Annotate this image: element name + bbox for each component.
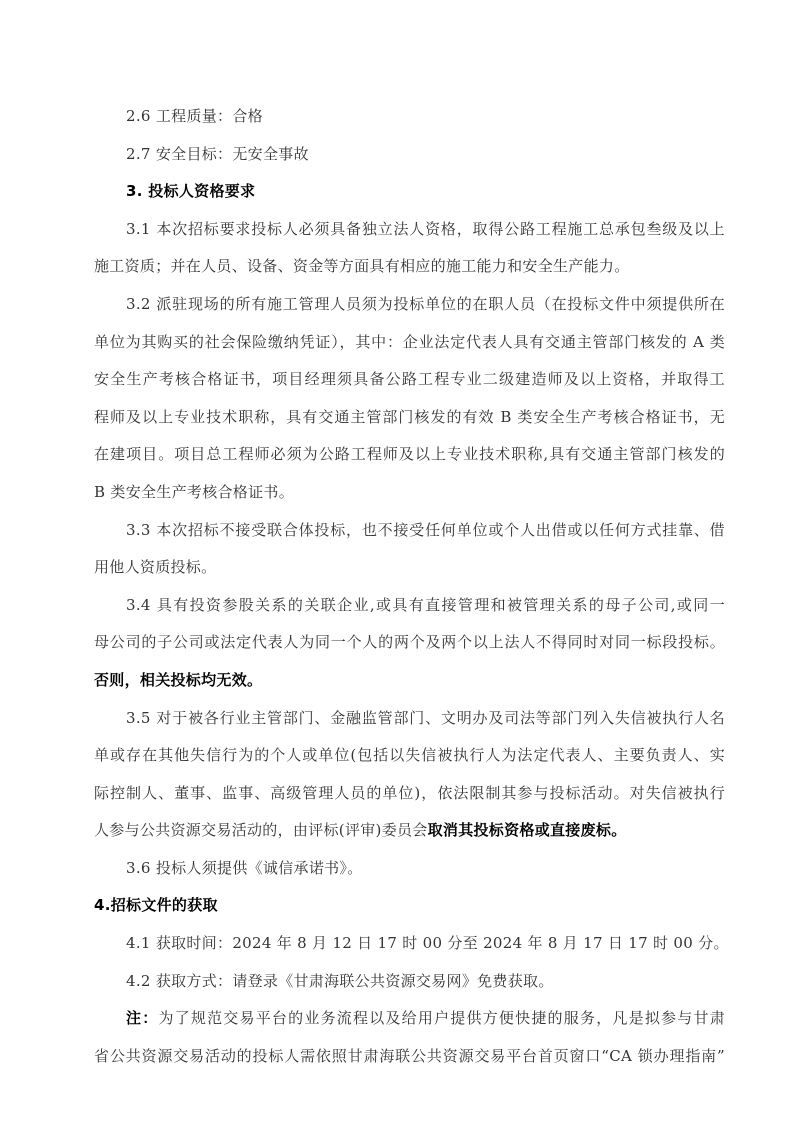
clause-3-5-line-3: 际控制人、董事、监事、高级管理人员的单位)，依法限制其参与投标活动。对失信被执行 xyxy=(94,775,725,813)
clause-3-2-line-5: 在建项目。项目总工程师必须为公路工程师及以上专业技术职称,具有交通主管部门核发的 xyxy=(94,436,725,474)
clause-3-5-line-1: 3.5 对于被各行业主管部门、金融监管部门、文明办及司法等部门列入失信被执行人名 xyxy=(94,700,725,738)
clause-number: 2.7 xyxy=(126,145,151,163)
note-line-1: 注：为了规范交易平台的业务流程以及给用户提供方便快捷的服务，凡是拟参与甘肃 xyxy=(94,1000,725,1038)
section-heading-3: 3. 投标人资格要求 xyxy=(94,173,725,211)
clause-3-2-line-3: 安全生产考核合格证书，项目经理须具备公路工程专业二级建造师及以上资格，并取得工 xyxy=(94,361,725,399)
clause-4-1: 4.1 获取时间：2024 年 8 月 12 日 17 时 00 分至 2024… xyxy=(94,925,725,963)
clause-3-5-line-2: 单或存在其他失信行为的个人或单位(包括以失信被执行人为法定代表人、主要负责人、实 xyxy=(94,737,725,775)
document-page: 2.6 工程质量：合格 2.7 安全目标：无安全事故 3. 投标人资格要求 3.… xyxy=(94,98,725,1075)
clause-3-1-line-1: 3.1 本次招标要求投标人必须具备独立法人资格，取得公路工程施工总承包叁级及以上 xyxy=(94,211,725,249)
clause-3-2-line-2: 单位为其购买的社会保险缴纳凭证），其中：企业法定代表人具有交通主管部门核发的 A… xyxy=(94,324,725,362)
clause-3-3-line-2: 用他人资质投标。 xyxy=(94,549,725,587)
note-text: 为了规范交易平台的业务流程以及给用户提供方便快捷的服务，凡是拟参与甘肃 xyxy=(158,1009,725,1027)
section-heading-4: 4.招标文件的获取 xyxy=(94,887,725,925)
clause-3-6: 3.6 投标人须提供《诚信承诺书》。 xyxy=(94,850,725,888)
clause-3-4-line-2: 母公司的子公司或法定代表人为同一个人的两个及两个以上法人不得同时对同一标段投标。 xyxy=(94,624,725,662)
clause-3-5-bold-text: 取消其投标资格或直接废标。 xyxy=(428,821,627,839)
clause-3-2-line-6: B 类安全生产考核合格证书。 xyxy=(94,474,725,512)
note-label: 注： xyxy=(126,1009,158,1027)
clause-3-2-line-1: 3.2 派驻现场的所有施工管理人员须为投标单位的在职人员（在投标文件中须提供所在 xyxy=(94,286,725,324)
clause-3-4-bold-line: 否则，相关投标均无效。 xyxy=(94,662,725,700)
clause-3-2-line-4: 程师及以上专业技术职称，具有交通主管部门核发的有效 B 类安全生产考核合格证书，… xyxy=(94,399,725,437)
clause-text: 工程质量：合格 xyxy=(156,107,263,125)
clause-3-5-regular-text: 人参与公共资源交易活动的，由评标(评审)委员会 xyxy=(94,821,428,839)
clause-3-3-line-1: 3.3 本次招标不接受联合体投标，也不接受任何单位或个人出借或以任何方式挂靠、借 xyxy=(94,512,725,550)
clause-2-6: 2.6 工程质量：合格 xyxy=(94,98,725,136)
clause-4-2: 4.2 获取方式：请登录《甘肃海联公共资源交易网》免费获取。 xyxy=(94,963,725,1001)
note-line-2: 省公共资源交易活动的投标人需依照甘肃海联公共资源交易平台首页窗口“CA 锁办理指… xyxy=(94,1038,725,1076)
clause-3-1-line-2: 施工资质；并在人员、设备、资金等方面具有相应的施工能力和安全生产能力。 xyxy=(94,248,725,286)
clause-2-7: 2.7 安全目标：无安全事故 xyxy=(94,136,725,174)
clause-number: 2.6 xyxy=(126,107,151,125)
clause-3-4-line-1: 3.4 具有投资参股关系的关联企业,或具有直接管理和被管理关系的母子公司,或同一 xyxy=(94,587,725,625)
clause-3-5-line-4: 人参与公共资源交易活动的，由评标(评审)委员会取消其投标资格或直接废标。 xyxy=(94,812,725,850)
clause-text: 安全目标：无安全事故 xyxy=(156,145,309,163)
